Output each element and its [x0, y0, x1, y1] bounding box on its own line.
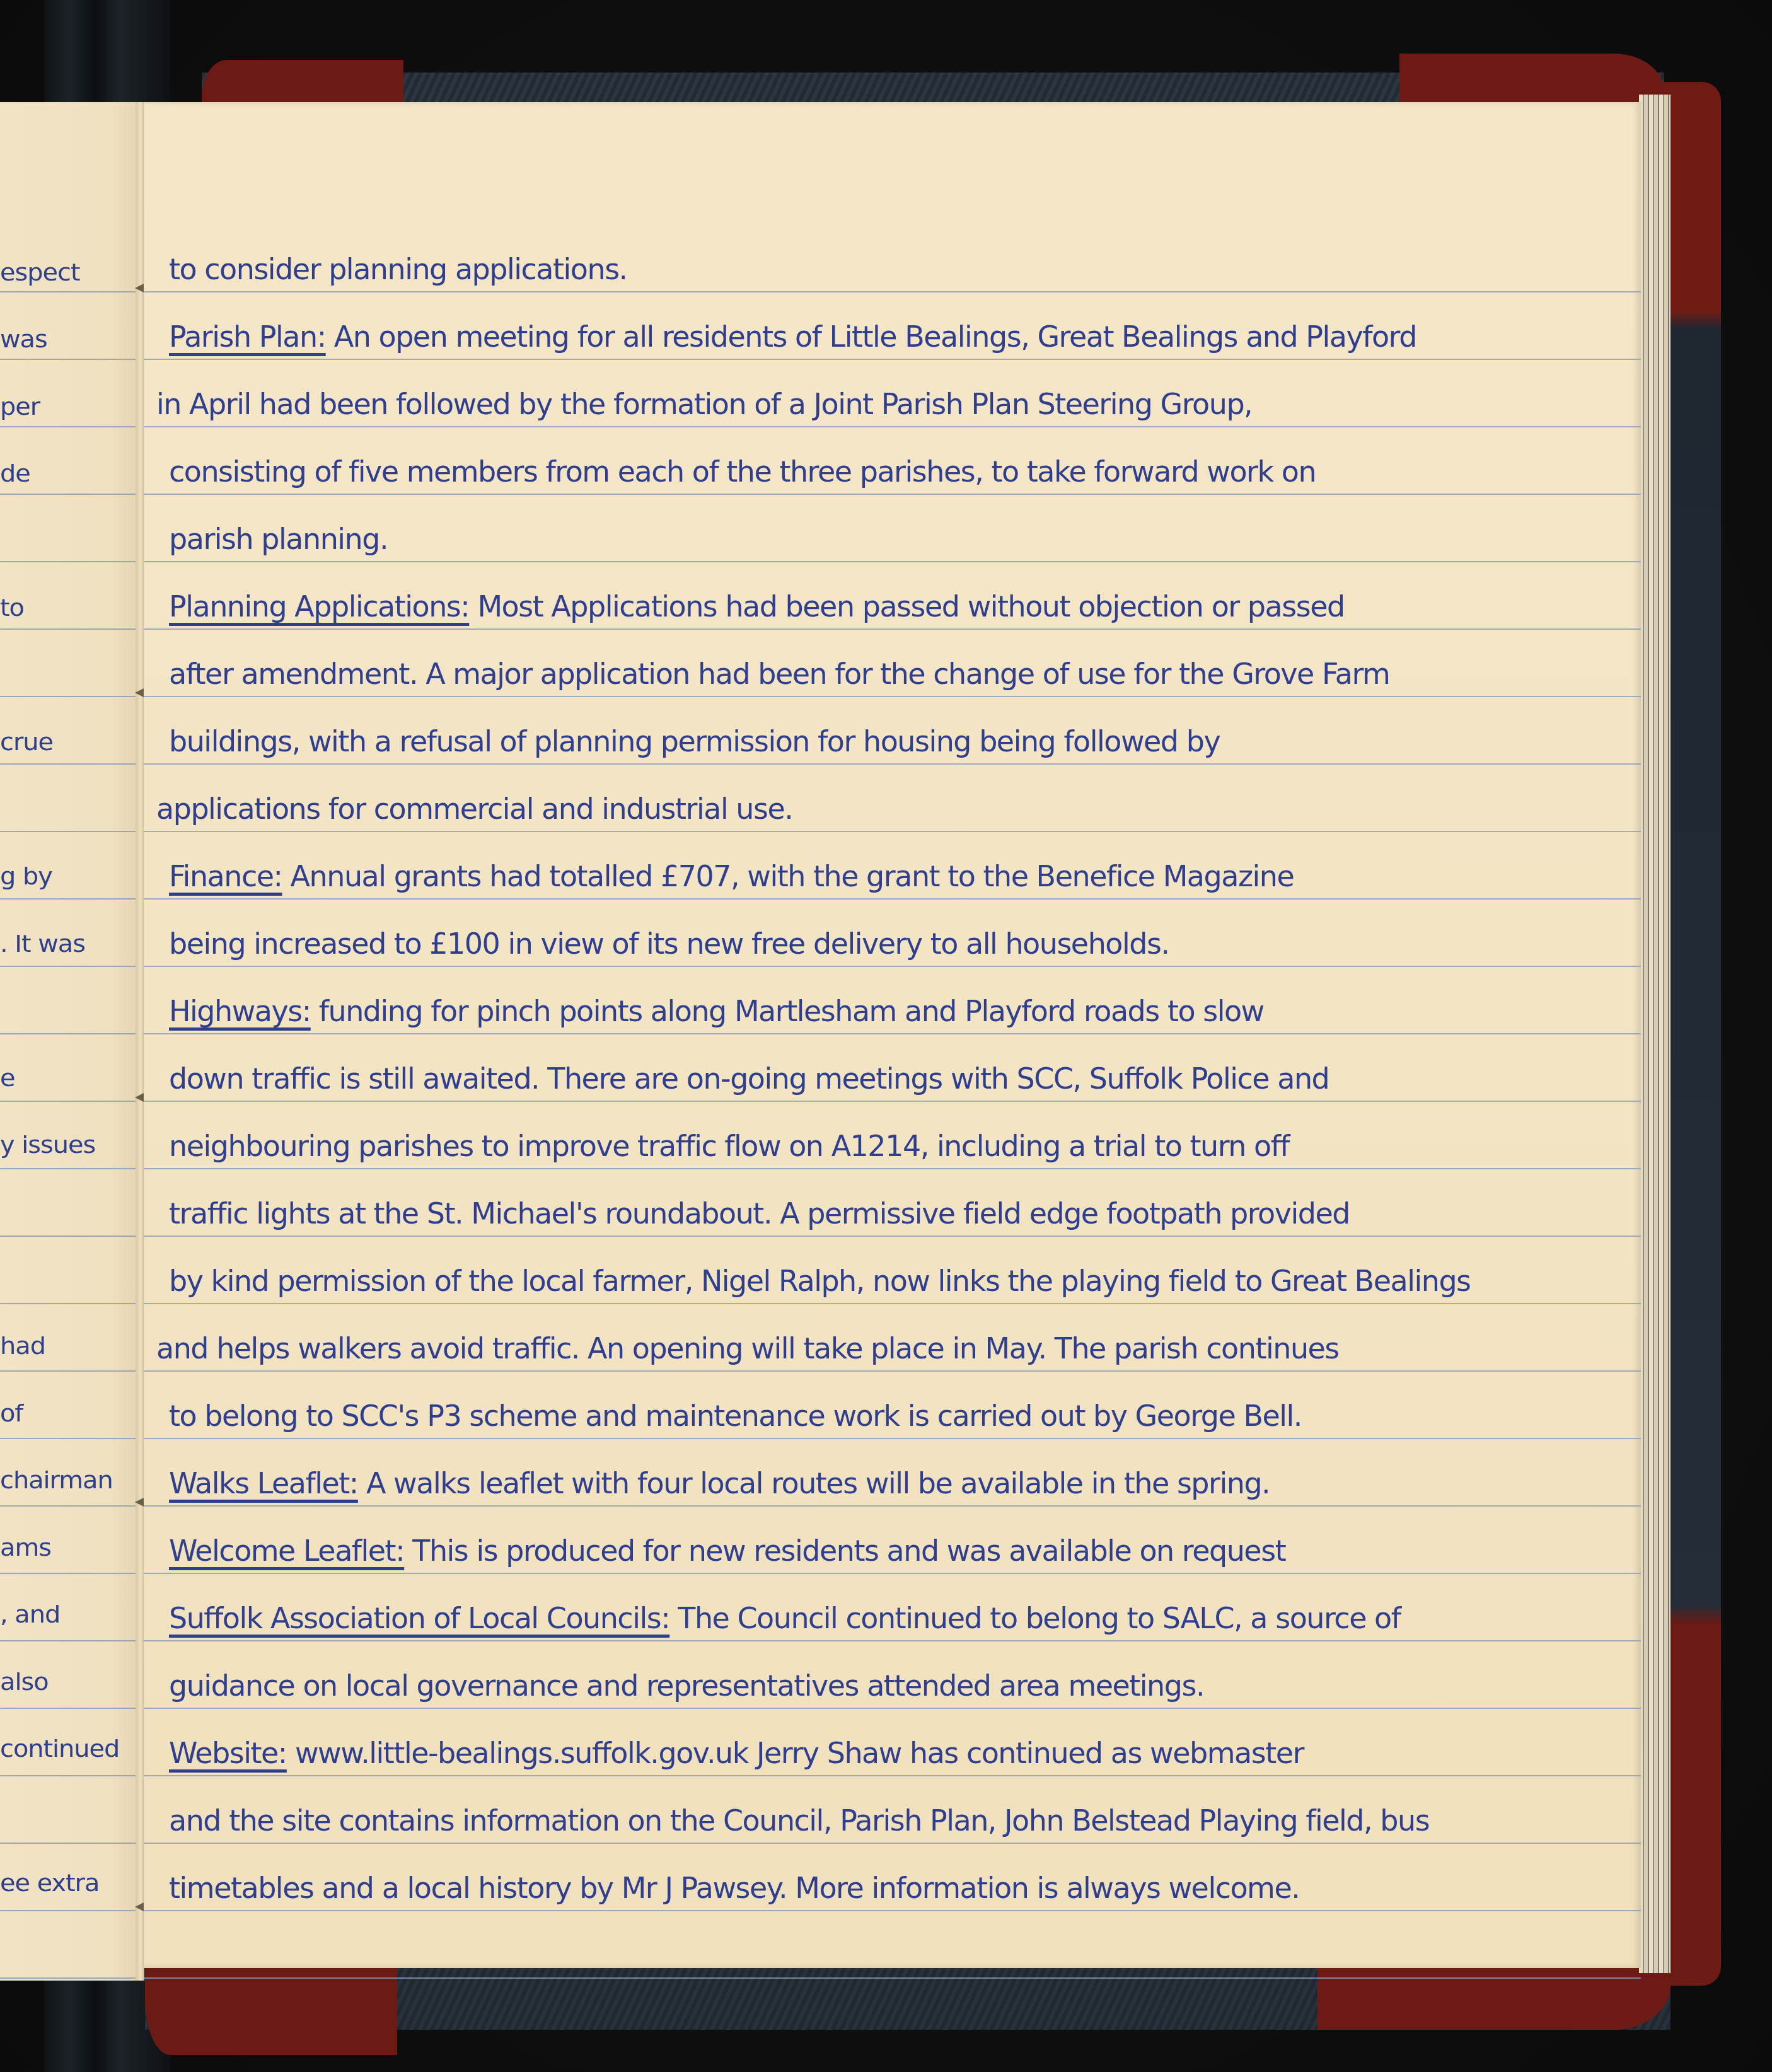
left-page-fragment: ee extra	[0, 1869, 99, 1897]
left-page-fragment: , and	[0, 1600, 60, 1628]
ruled-line	[144, 763, 1641, 765]
ruled-line	[0, 696, 139, 697]
line-text: timetables and a local history by Mr J P…	[169, 1871, 1299, 1905]
ruled-line	[144, 426, 1641, 427]
section-heading: Welcome Leaflet:	[169, 1534, 404, 1568]
handwritten-line: neighbouring parishes to improve traffic…	[169, 1129, 1616, 1163]
line-text: guidance on local governance and represe…	[169, 1669, 1204, 1703]
handwritten-line: Highways: funding for pinch points along…	[169, 994, 1616, 1028]
line-text: funding for pinch points along Martlesha…	[311, 994, 1264, 1028]
left-page-fragment: continued	[0, 1735, 119, 1762]
left-page-fragment: y issues	[0, 1131, 95, 1159]
left-page-fragment: e	[0, 1064, 15, 1092]
handwritten-line: and the site contains information on the…	[169, 1803, 1616, 1838]
line-text: www.little-bealings.suffolk.gov.uk Jerry…	[287, 1736, 1304, 1770]
ruled-line	[144, 359, 1641, 360]
ruled-line	[144, 561, 1641, 562]
section-heading: Planning Applications:	[169, 589, 469, 623]
handwritten-line: parish planning.	[169, 522, 1616, 556]
cover-bottom-edge	[145, 1960, 1671, 2030]
handwritten-line: Welcome Leaflet: This is produced for ne…	[169, 1534, 1616, 1568]
line-text: parish planning.	[169, 522, 388, 556]
ruled-line	[0, 1843, 139, 1844]
handwritten-line: buildings, with a refusal of planning pe…	[169, 724, 1616, 758]
ruled-line	[144, 1101, 1641, 1102]
handwritten-line: guidance on local governance and represe…	[169, 1669, 1616, 1703]
ruled-line	[144, 1573, 1641, 1574]
ruled-line	[0, 1708, 139, 1709]
handwritten-line: after amendment. A major application had…	[169, 657, 1616, 691]
ruled-line	[0, 1573, 139, 1574]
ruled-line	[0, 561, 139, 562]
ruled-line	[0, 1438, 139, 1439]
line-text: down traffic is still awaited. There are…	[169, 1062, 1329, 1096]
ruled-line	[144, 1977, 1641, 1979]
section-heading: Finance:	[169, 859, 282, 893]
handwritten-line: to belong to SCC's P3 scheme and mainten…	[169, 1399, 1616, 1433]
leather-corner-bottom-left	[145, 1960, 397, 2055]
handwritten-line: consisting of five members from each of …	[169, 454, 1616, 489]
left-page-fragment: to	[0, 594, 24, 622]
left-page-fragment: also	[0, 1668, 49, 1696]
ruled-line	[144, 1708, 1641, 1709]
line-text: applications for commercial and industri…	[156, 792, 792, 826]
line-text: and the site contains information on the…	[169, 1803, 1429, 1838]
ruled-line	[144, 696, 1641, 697]
section-heading: Highways:	[169, 994, 311, 1028]
ruled-line	[0, 1977, 139, 1979]
line-text: Most Applications had been passed withou…	[469, 589, 1344, 623]
ruled-line	[0, 1640, 139, 1641]
ruled-line	[0, 426, 139, 427]
ruled-line	[0, 1033, 139, 1034]
ruled-line	[0, 966, 139, 967]
line-text: A walks leaflet with four local routes w…	[358, 1466, 1270, 1500]
line-text: traffic lights at the St. Michael's roun…	[169, 1196, 1350, 1230]
line-text: after amendment. A major application had…	[169, 657, 1389, 691]
line-text: to consider planning applications.	[169, 252, 627, 286]
section-heading: Website:	[169, 1736, 287, 1770]
handwritten-line: by kind permission of the local farmer, …	[169, 1264, 1616, 1298]
handwritten-line: Website: www.little-bealings.suffolk.gov…	[169, 1736, 1616, 1770]
left-page-fragment: . It was	[0, 930, 85, 958]
ruled-line	[144, 831, 1641, 832]
handwritten-line: Parish Plan: An open meeting for all res…	[169, 320, 1616, 354]
ruled-line	[0, 1910, 139, 1911]
line-text: The Council continued to belong to SALC,…	[669, 1601, 1400, 1635]
handwritten-line: and helps walkers avoid traffic. An open…	[156, 1331, 1616, 1365]
handwritten-line: Finance: Annual grants had totalled £707…	[169, 859, 1616, 893]
ruled-line	[0, 1168, 139, 1169]
ruled-line	[0, 1370, 139, 1372]
left-page-fragment: de	[0, 460, 30, 487]
line-text: This is produced for new residents and w…	[404, 1534, 1285, 1568]
ruled-line	[0, 628, 139, 630]
line-text: buildings, with a refusal of planning pe…	[169, 724, 1220, 758]
ruled-line	[0, 831, 139, 832]
line-text: Annual grants had totalled £707, with th…	[282, 859, 1294, 893]
handwritten-line: Planning Applications: Most Applications…	[169, 589, 1616, 623]
handwritten-line: in April had been followed by the format…	[156, 387, 1616, 421]
section-heading: Parish Plan:	[169, 320, 326, 354]
ruled-line	[144, 1775, 1641, 1776]
line-text: by kind permission of the local farmer, …	[169, 1264, 1471, 1298]
section-heading: Suffolk Association of Local Councils:	[169, 1601, 669, 1635]
left-page: espectwasperdetocrueg by. It wasey issue…	[0, 102, 139, 1981]
line-text: neighbouring parishes to improve traffic…	[169, 1129, 1289, 1163]
left-page-fragment: chairman	[0, 1466, 113, 1494]
ruled-line	[144, 291, 1641, 292]
line-text: and helps walkers avoid traffic. An open…	[156, 1331, 1339, 1365]
ruled-line	[144, 1033, 1641, 1034]
ruled-line	[0, 291, 139, 292]
ruled-line	[0, 359, 139, 360]
line-text: to belong to SCC's P3 scheme and mainten…	[169, 1399, 1302, 1433]
ruled-line	[0, 898, 139, 900]
left-page-fragment: had	[0, 1332, 45, 1360]
left-page-fragment: espect	[0, 258, 79, 286]
ruled-line	[144, 1505, 1641, 1507]
ruled-line	[144, 898, 1641, 900]
ruled-line	[144, 1843, 1641, 1844]
ruled-line	[0, 763, 139, 765]
ruled-line	[144, 628, 1641, 630]
left-page-fragment: of	[0, 1399, 23, 1427]
handwritten-line: Suffolk Association of Local Councils: T…	[169, 1601, 1616, 1635]
line-text: consisting of five members from each of …	[169, 454, 1316, 489]
left-page-fragment: was	[0, 325, 47, 353]
ruled-line	[0, 1236, 139, 1237]
handwritten-line: being increased to £100 in view of its n…	[169, 927, 1616, 961]
handwritten-line: timetables and a local history by Mr J P…	[169, 1871, 1616, 1905]
line-text: being increased to £100 in view of its n…	[169, 927, 1169, 961]
section-heading: Walks Leaflet:	[169, 1466, 358, 1500]
ruled-line	[144, 1303, 1641, 1304]
ruled-line	[144, 1640, 1641, 1641]
ruled-line	[144, 1370, 1641, 1372]
page-block-edges	[1639, 95, 1671, 1973]
ruled-line	[144, 494, 1641, 495]
line-text: An open meeting for all residents of Lit…	[326, 320, 1416, 354]
ruled-line	[144, 1910, 1641, 1911]
left-page-fragment: g by	[0, 862, 52, 890]
cover-right-edge	[1664, 82, 1721, 1986]
ruled-line	[144, 1236, 1641, 1237]
ruled-line	[144, 966, 1641, 967]
ruled-line	[144, 1168, 1641, 1169]
handwritten-line: traffic lights at the St. Michael's roun…	[169, 1196, 1616, 1230]
handwritten-line: down traffic is still awaited. There are…	[169, 1062, 1616, 1096]
ruled-line	[0, 494, 139, 495]
handwritten-line: applications for commercial and industri…	[156, 792, 1616, 826]
page-gutter	[136, 102, 144, 1981]
left-page-fragment: ams	[0, 1534, 51, 1561]
ruled-line	[0, 1505, 139, 1507]
handwritten-line: Walks Leaflet: A walks leaflet with four…	[169, 1466, 1616, 1500]
ruled-line	[0, 1303, 139, 1304]
right-page: to consider planning applications.Parish…	[144, 102, 1641, 1968]
left-page-fragment: crue	[0, 728, 53, 756]
left-page-fragment: per	[0, 393, 40, 420]
ruled-line	[0, 1101, 139, 1102]
ruled-line	[144, 1438, 1641, 1439]
handwritten-line: to consider planning applications.	[169, 252, 1616, 286]
ruled-line	[0, 1775, 139, 1776]
line-text: in April had been followed by the format…	[156, 387, 1252, 421]
